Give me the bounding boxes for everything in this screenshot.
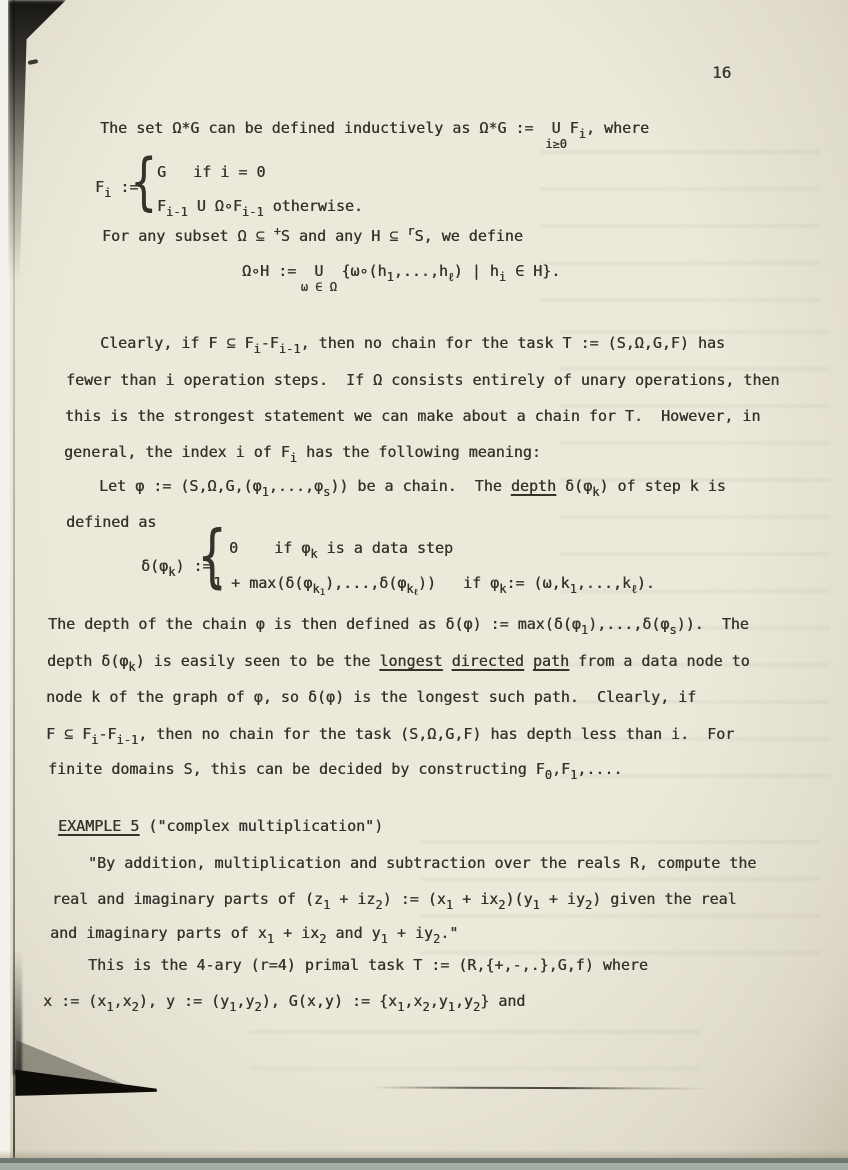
union-index: i≥0 [545,134,567,155]
corner-shadow-top-left [8,0,66,280]
example-line: x := (x1,x2), y := (y1,y2), G(x,y) := {x… [43,991,525,1012]
example-line: and imaginary parts of x1 + ix2 and y1 +… [50,923,458,944]
paragraph-line: defined as [66,512,156,533]
subset-definition-line: For any subset Ω ⊆ +S and any H ⊆ rS, we… [102,226,523,247]
paragraph-line: node k of the graph of φ, so δ(φ) is the… [46,687,696,708]
f-definition-case1: G if i = 0 [157,162,265,183]
corner-wedge-bottom-left [15,1066,157,1096]
f-definition-brace: { [130,151,157,213]
omega-h-formula: Ω∘H := Uω ∈ Ω {ω∘(h1,...,hℓ) | hi ∈ H}. [242,261,560,282]
paragraph-line: fewer than i operation steps. If Ω consi… [66,370,779,391]
union-operator: Ui≥0 [552,118,561,139]
left-edge-shadow-lower [13,950,22,1075]
scan-edge-dark-strip [0,1158,848,1163]
paragraph-line: finite domains S, this can be decided by… [48,759,622,780]
bleed-through-smudge [560,330,830,780]
omega-h-rhs: {ω∘(h1,...,hℓ) | hi ∈ H}. [323,262,560,280]
intro-line: The set Ω*G can be defined inductively a… [100,118,649,139]
paragraph-line: general, the index i of Fi has the follo… [64,442,541,463]
scanned-document-page: 16 The set Ω*G can be defined inductivel… [0,0,848,1170]
paragraph-line: Let φ := (S,Ω,G,(φ1,...,φs)) be a chain.… [99,476,726,497]
stray-ink-mark [28,59,39,65]
delta-definition-case1: 0 if φk is a data step [229,538,453,559]
union-operator: Uω ∈ Ω [314,261,323,282]
bottom-edge-shadow [0,1150,848,1158]
example-heading: EXAMPLE 5 ("complex multiplication") [58,816,383,837]
paragraph-line: F ⊆ Fi-Fi-1, then no chain for the task … [46,724,734,745]
paragraph-line: depth δ(φk) is easily seen to be the lon… [47,651,750,672]
scratch-line [372,1086,712,1089]
example-line: "By addition, multiplication and subtrac… [88,853,756,874]
bleed-through-smudge [540,150,820,320]
delta-definition-case2: 1 + max(δ(φk1),...,δ(φkℓ)) if φk:= (ω,k1… [213,573,655,594]
corner-wedge-haze [16,1040,128,1086]
union-index: ω ∈ Ω [301,277,337,298]
f-definition-case2: Fi-1 U Ω∘Fi-1 otherwise. [157,196,363,217]
scan-edge-light-strip [0,1163,848,1170]
paragraph-line: The depth of the chain φ is then defined… [48,614,749,635]
bleed-through-smudge [250,1030,700,1070]
intro-text-post: Fi, where [561,119,650,137]
intro-text: The set Ω*G can be defined inductively a… [100,119,552,137]
page-fold-line [13,0,15,1160]
paragraph-line: Clearly, if F ⊆ Fi-Fi-1, then no chain f… [100,333,725,354]
example-line: This is the 4-ary (r=4) primal task T :=… [88,955,648,976]
paragraph-line: this is the strongest statement we can m… [65,406,760,427]
page-number: 16 [712,62,731,83]
left-margin-strip [0,0,10,1170]
example-line: real and imaginary parts of (z1 + iz2) :… [52,889,737,910]
